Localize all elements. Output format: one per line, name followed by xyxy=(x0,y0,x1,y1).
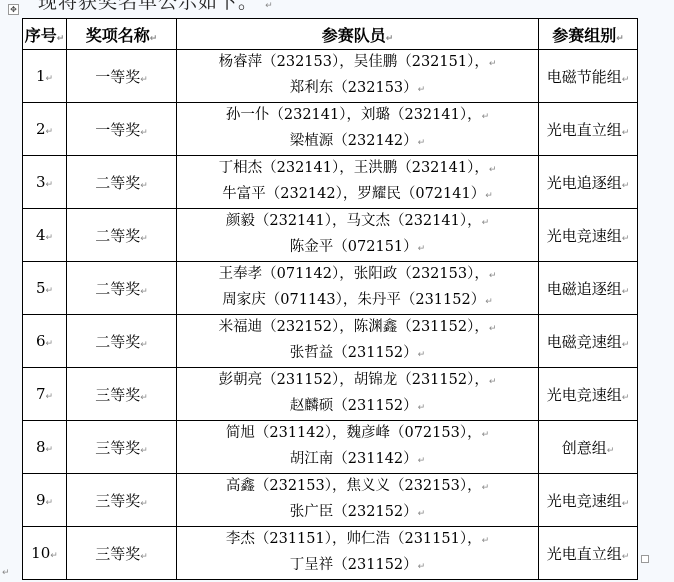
cell-no: 3↵ xyxy=(23,156,67,209)
cell-members: 李杰（231151），帅仁浩（231151），↵丁呈祥（231152）↵ xyxy=(177,527,539,580)
table-resize-handle[interactable] xyxy=(641,555,649,563)
cell-group: 光电竞速组↵ xyxy=(539,368,638,421)
table-row: 9↵三等奖↵高鑫（232153），焦义义（232153），↵张广臣（232152… xyxy=(23,474,638,527)
cell-members: 高鑫（232153），焦义义（232153），↵张广臣（232152）↵ xyxy=(177,474,539,527)
cell-award: 三等奖↵ xyxy=(67,421,177,474)
cell-award: 一等奖↵ xyxy=(67,50,177,103)
table-row: 3↵二等奖↵丁相杰（232141），王洪鹏（232141），↵牛富平（23214… xyxy=(23,156,638,209)
cell-group: 光电追逐组↵ xyxy=(539,156,638,209)
cell-award: 二等奖↵ xyxy=(67,262,177,315)
cell-group: 光电竞速组↵ xyxy=(539,474,638,527)
cell-group: 电磁竞速组↵ xyxy=(539,315,638,368)
header-award: 奖项名称↵ xyxy=(67,19,177,50)
cell-no: 9↵ xyxy=(23,474,67,527)
cell-group: 光电竞速组↵ xyxy=(539,209,638,262)
cell-group: 创意组↵ xyxy=(539,421,638,474)
table-row: 8↵三等奖↵简旭（231142），魏彦峰（072153），↵胡江南（231142… xyxy=(23,421,638,474)
table-move-handle-icon[interactable]: ✥ xyxy=(8,4,19,15)
cell-award: 一等奖↵ xyxy=(67,103,177,156)
cell-members: 杨睿萍（232153），吴佳鹏（232151），↵郑利东（232153）↵ xyxy=(177,50,539,103)
paragraph-mark-icon: ↵ xyxy=(2,568,10,578)
header-no: 序号↵ xyxy=(23,19,67,50)
paragraph-mark-icon: ↵ xyxy=(265,1,274,11)
cell-members: 简旭（231142），魏彦峰（072153），↵胡江南（231142）↵ xyxy=(177,421,539,474)
cell-members: 丁相杰（232141），王洪鹏（232141），↵牛富平（232142），罗耀民… xyxy=(177,156,539,209)
cell-no: 2↵ xyxy=(23,103,67,156)
table-row: 2↵一等奖↵孙一仆（232141），刘璐（232141），↵梁植源（232142… xyxy=(23,103,638,156)
award-table: 序号↵ 奖项名称↵ 参赛队员↵ 参赛组别↵ 1↵一等奖↵杨睿萍（232153），… xyxy=(22,18,638,580)
cell-no: 4↵ xyxy=(23,209,67,262)
cell-members: 孙一仆（232141），刘璐（232141），↵梁植源（232142）↵ xyxy=(177,103,539,156)
table-row: 6↵二等奖↵米福迪（232152），陈渊鑫（231152），↵张哲益（23115… xyxy=(23,315,638,368)
table-row: 4↵二等奖↵颜毅（232141），马文杰（232141），↵陈金平（072151… xyxy=(23,209,638,262)
cell-no: 6↵ xyxy=(23,315,67,368)
cell-award: 三等奖↵ xyxy=(67,474,177,527)
cell-group: 光电直立组↵ xyxy=(539,103,638,156)
cell-group: 电磁追逐组↵ xyxy=(539,262,638,315)
table-row: 7↵三等奖↵彭朝亮（231152），胡锦龙（231152），↵赵麟硕（23115… xyxy=(23,368,638,421)
cell-award: 三等奖↵ xyxy=(67,368,177,421)
header-group: 参赛组别↵ xyxy=(539,19,638,50)
cell-members: 王奉孝（071142），张阳政（232153），↵周家庆（071143），朱丹平… xyxy=(177,262,539,315)
cell-group: 光电直立组↵ xyxy=(539,527,638,580)
table-row: 10↵三等奖↵李杰（231151），帅仁浩（231151），↵丁呈祥（23115… xyxy=(23,527,638,580)
cell-group: 电磁节能组↵ xyxy=(539,50,638,103)
header-row: 序号↵ 奖项名称↵ 参赛队员↵ 参赛组别↵ xyxy=(23,19,638,50)
table-row: 1↵一等奖↵杨睿萍（232153），吴佳鹏（232151），↵郑利东（23215… xyxy=(23,50,638,103)
cell-members: 米福迪（232152），陈渊鑫（231152），↵张哲益（231152）↵ xyxy=(177,315,539,368)
cell-members: 彭朝亮（231152），胡锦龙（231152），↵赵麟硕（231152）↵ xyxy=(177,368,539,421)
intro-paragraph: 现将获奖名单公示如下。 ↵ xyxy=(38,0,274,14)
cell-no: 10↵ xyxy=(23,527,67,580)
cell-members: 颜毅（232141），马文杰（232141），↵陈金平（072151）↵ xyxy=(177,209,539,262)
cell-no: 5↵ xyxy=(23,262,67,315)
cell-no: 1↵ xyxy=(23,50,67,103)
cell-no: 7↵ xyxy=(23,368,67,421)
cell-award: 二等奖↵ xyxy=(67,156,177,209)
table-row: 5↵二等奖↵王奉孝（071142），张阳政（232153），↵周家庆（07114… xyxy=(23,262,638,315)
cell-award: 三等奖↵ xyxy=(67,527,177,580)
cell-award: 二等奖↵ xyxy=(67,209,177,262)
header-members: 参赛队员↵ xyxy=(177,19,539,50)
cell-award: 二等奖↵ xyxy=(67,315,177,368)
cell-no: 8↵ xyxy=(23,421,67,474)
intro-text: 现将获奖名单公示如下。 xyxy=(38,0,258,13)
